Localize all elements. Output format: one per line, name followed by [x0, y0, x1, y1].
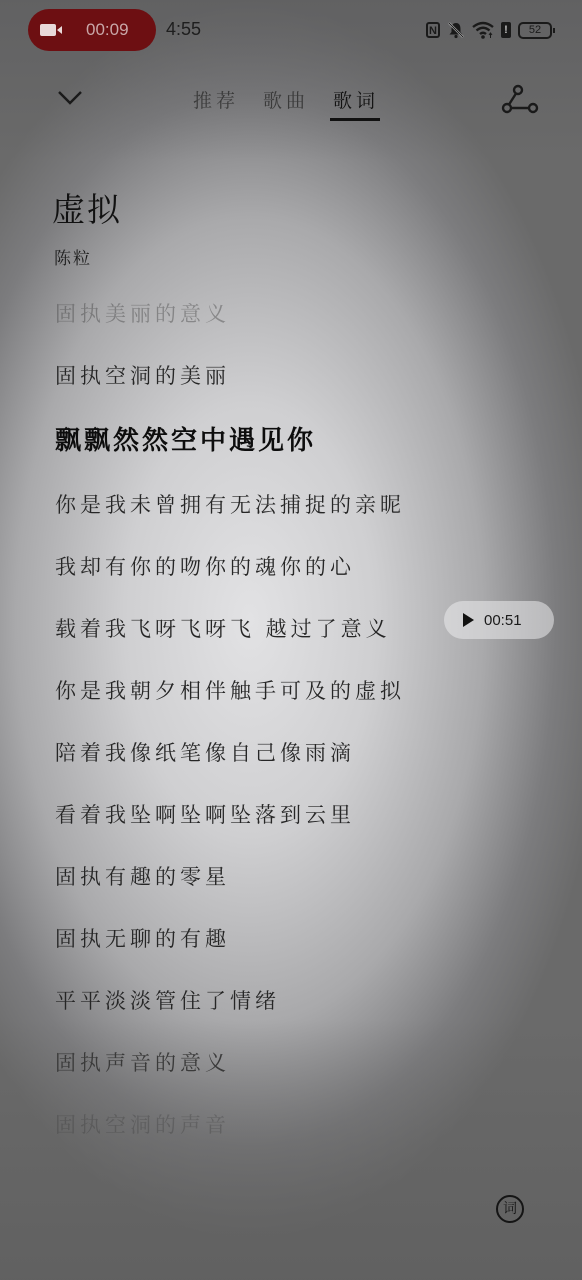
tab-song[interactable]: 歌曲 [263, 86, 309, 113]
lyric-line[interactable]: 陪着我像纸笔像自己像雨滴 [55, 737, 355, 767]
recording-time: 00:09 [86, 20, 129, 40]
lyric-line[interactable]: 固执美丽的意义 [55, 298, 230, 328]
share-icon[interactable] [500, 82, 540, 118]
lyric-line-current[interactable]: 飘飘然然空中遇见你 [55, 420, 316, 457]
wifi-icon [472, 21, 494, 39]
lyric-line[interactable]: 平平淡淡管住了情绪 [55, 985, 280, 1015]
lyric-line[interactable]: 固执有趣的零星 [55, 861, 230, 891]
lyric-line[interactable]: 固执空洞的美丽 [55, 360, 230, 390]
battery-icon: 52 [518, 22, 552, 39]
lyric-line[interactable]: 你是我未曾拥有无法捕捉的亲昵 [55, 489, 405, 519]
play-icon [463, 613, 474, 627]
screen-recording-pill[interactable]: 00:09 [28, 9, 156, 51]
bell-muted-icon [447, 21, 465, 39]
tab-bar: 推荐 歌曲 歌词 [0, 86, 582, 126]
tab-lyrics[interactable]: 歌词 [333, 86, 379, 113]
lyric-line[interactable]: 我却有你的吻你的魂你的心 [55, 551, 355, 581]
video-camera-icon [40, 24, 56, 36]
nfc-icon: N [426, 22, 440, 38]
active-tab-indicator [330, 118, 380, 121]
seek-time: 00:51 [484, 612, 522, 629]
status-icons: N ! 52 [426, 18, 552, 42]
battery-level: 52 [529, 24, 541, 36]
tab-recommend[interactable]: 推荐 [193, 86, 239, 113]
lyric-line[interactable]: 载着我飞呀飞呀飞 越过了意义 [55, 613, 391, 643]
status-bar: 00:09 4:55 N ! 52 [0, 0, 582, 60]
lyric-line[interactable]: 固执声音的意义 [55, 1047, 230, 1077]
lyric-mode-toggle-button[interactable]: 词 [496, 1195, 524, 1223]
lyric-line[interactable]: 你是我朝夕相伴触手可及的虚拟 [55, 675, 405, 705]
lyric-line[interactable]: 看着我坠啊坠啊坠落到云里 [55, 799, 355, 829]
lyric-line[interactable]: 固执空洞的声音 [55, 1109, 230, 1139]
alert-icon: ! [501, 22, 511, 38]
clock: 4:55 [166, 19, 201, 40]
song-artist[interactable]: 陈粒 [54, 244, 92, 269]
song-title: 虚拟 [52, 184, 122, 231]
seek-to-line-button[interactable]: 00:51 [444, 601, 554, 639]
lyric-line[interactable]: 固执无聊的有趣 [55, 923, 230, 953]
